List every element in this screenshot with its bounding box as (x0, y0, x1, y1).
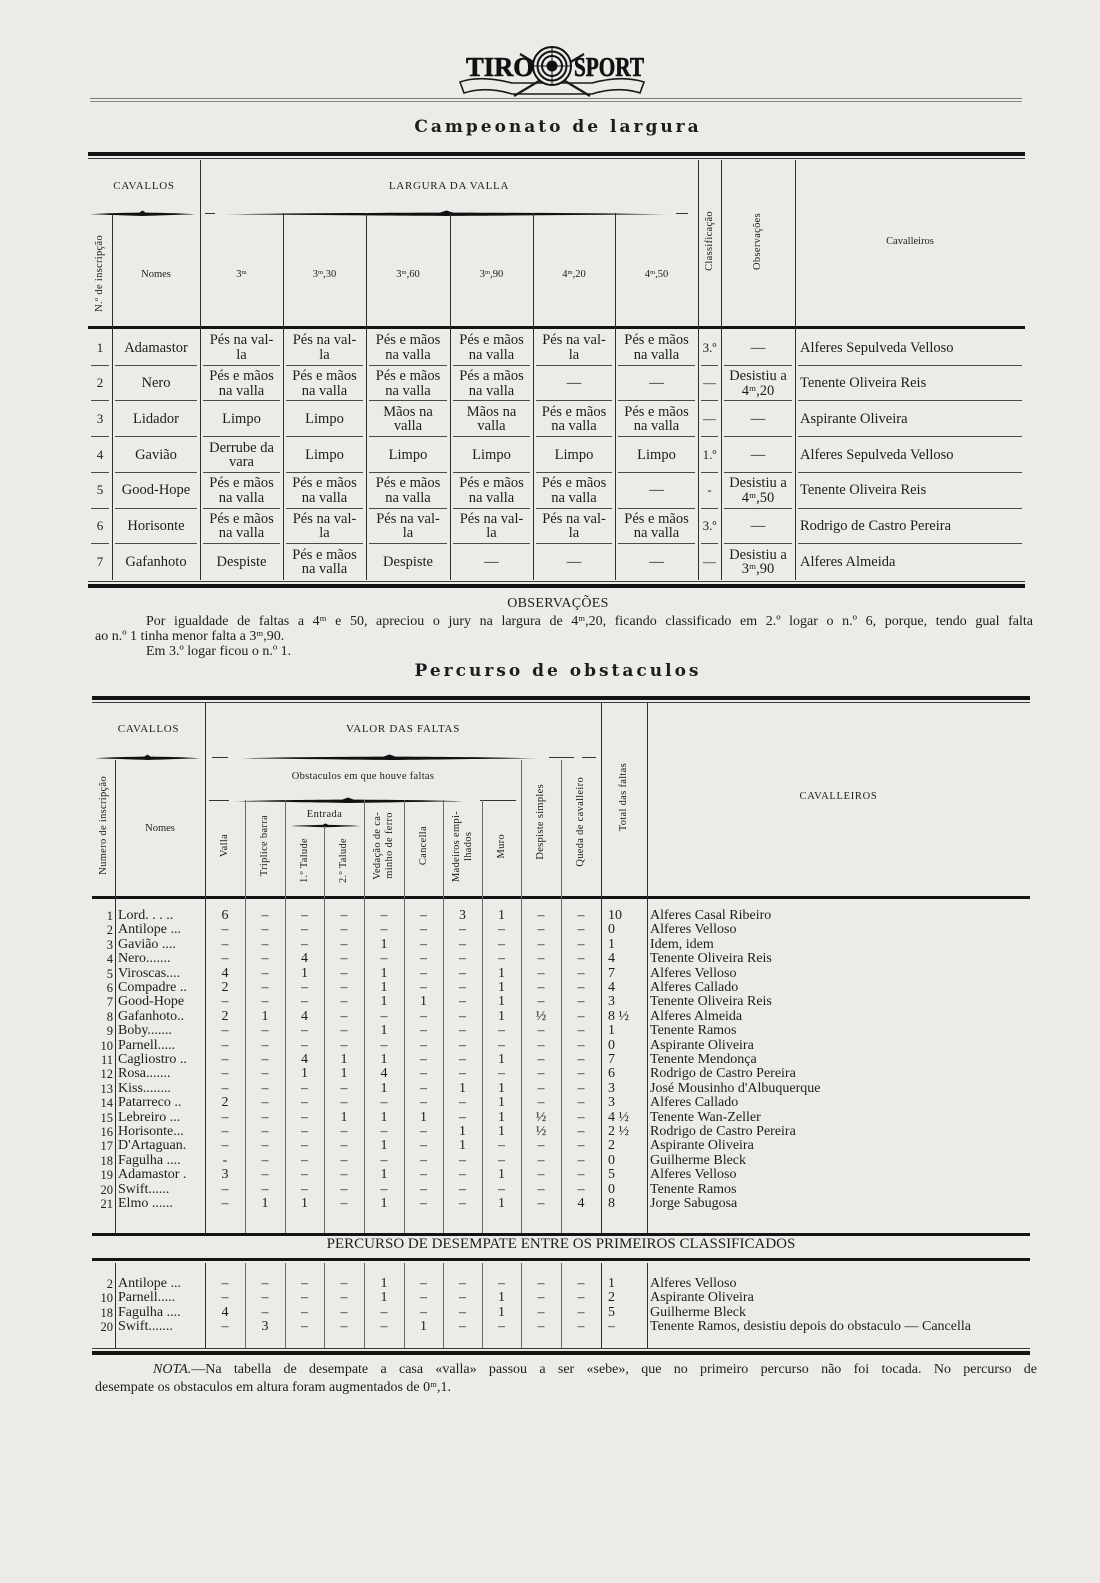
column-header-cavalleiros: CAVALLEIROS (647, 790, 1030, 804)
table-row: 21 Elmo ...... – 1 1 – 1 – – 1 – 4 8 Jor… (92, 1197, 1030, 1211)
cell-total: 4 (608, 981, 647, 995)
table-row: 6 Compadre .. 2 – – – 1 – – 1 – – 4 Alfe… (92, 981, 1030, 995)
cell-observacoes: Desistiu a 4ᵐ,50 (721, 473, 795, 509)
group-header-cavallos: CAVALLOS (88, 179, 200, 193)
cell-cancella: – (404, 909, 443, 923)
cell-valla: – (205, 1024, 245, 1038)
nota-line: desempate os obstaculos em altura foram … (95, 1380, 1033, 1395)
cell-muro: – (482, 1139, 521, 1153)
cell-vedacao: 4 (364, 1067, 404, 1081)
cell-muro: 1 (482, 967, 521, 981)
cell-observacoes: — (721, 330, 795, 366)
cell-triplice-barra: – (245, 1277, 285, 1291)
cell-3m30: Pés e mãos na valla (283, 366, 366, 402)
cell-vedacao: 1 (364, 967, 404, 981)
cell-numero: 1 (92, 909, 113, 923)
cell-madeiros: – (443, 1096, 482, 1110)
cell-3m90: Pés e mãos na valla (450, 330, 533, 366)
table-bottom-rule (88, 581, 1025, 582)
cell-4m20: — (533, 544, 615, 580)
cell-2-talude: 1 (324, 1067, 364, 1081)
cell-cancella: – (404, 1010, 443, 1024)
cell-nome: D'Artaguan. (118, 1139, 205, 1153)
observacoes-title: OBSERVAÇÕES (88, 596, 1028, 612)
cell-madeiros: – (443, 1197, 482, 1211)
cell-queda: – (561, 1320, 601, 1334)
cell-despiste: – (521, 1277, 561, 1291)
cell-total: 6 (608, 1067, 647, 1081)
largura-table-body: 1 Adamastor Pés na val- la Pés na val- l… (88, 330, 1025, 580)
header-rule (90, 98, 1022, 99)
cell-observacoes: — (721, 437, 795, 473)
cell-queda: – (561, 1067, 601, 1081)
column-header-queda: Queda de cavalleiro (561, 760, 601, 884)
table-row: 13 Kiss........ – – – – 1 – 1 1 – – 3 Jo… (92, 1082, 1030, 1096)
cell-1-talude: – (285, 1111, 324, 1125)
cell-triplice-barra: – (245, 1067, 285, 1081)
cell-cavalleiro: Tenente Wan-Zeller (650, 1111, 1030, 1125)
cell-valla: – (205, 1197, 245, 1211)
cell-vedacao: 1 (364, 1139, 404, 1153)
cell-vedacao: 1 (364, 1168, 404, 1182)
cell-numero: 18 (92, 1154, 113, 1168)
cell-4m20: Limpo (533, 437, 615, 473)
cell-madeiros: 1 (443, 1082, 482, 1096)
table-row: 2 Antilope ... – – – – – – – – – – 0 Alf… (92, 923, 1030, 937)
cell-muro: – (482, 1320, 521, 1334)
cell-2-talude: – (324, 967, 364, 981)
cell-despiste: – (521, 1096, 561, 1110)
cell-valla: 2 (205, 981, 245, 995)
cell-vedacao: 1 (364, 1024, 404, 1038)
cell-2-talude: – (324, 1024, 364, 1038)
cell-nome: Swift....... (118, 1320, 205, 1334)
logo-text-left: TIRO (466, 52, 534, 82)
cell-cancella: – (404, 1197, 443, 1211)
cell-total: 1 (608, 1024, 647, 1038)
cell-queda: 4 (561, 1197, 601, 1211)
cell-cancella: 1 (404, 1320, 443, 1334)
cell-numero: 13 (92, 1082, 113, 1096)
cell-triplice-barra: – (245, 1154, 285, 1168)
cell-valla: 2 (205, 1096, 245, 1110)
cell-4m20: Pés na val- la (533, 330, 615, 366)
table-top-rule (92, 702, 1030, 703)
cell-nome: Boby....... (118, 1024, 205, 1038)
cell-cancella: – (404, 1082, 443, 1096)
cell-numero: 20 (92, 1183, 113, 1197)
table-row: 18 Fagulha .... - – – – – – – – – – 0 Gu… (92, 1154, 1030, 1168)
cell-queda: – (561, 1024, 601, 1038)
cell-valla: 4 (205, 967, 245, 981)
cell-muro: – (482, 1024, 521, 1038)
cell-nome: Antilope ... (118, 1277, 205, 1291)
cell-queda: – (561, 923, 601, 937)
cell-despiste: – (521, 938, 561, 952)
brace-divider (225, 210, 668, 217)
cell-observacoes: — (721, 401, 795, 437)
table-row: 3 Gavião .... – – – – 1 – – – – – 1 Idem… (92, 938, 1030, 952)
cell-queda: – (561, 1111, 601, 1125)
cell-1-talude: – (285, 1096, 324, 1110)
cell-cancella: – (404, 1139, 443, 1153)
column-header-total: Total das faltas (601, 705, 647, 889)
cell-valla: – (205, 1291, 245, 1305)
cell-vedacao: 1 (364, 1277, 404, 1291)
cell-vedacao: – (364, 1154, 404, 1168)
cell-madeiros: – (443, 1010, 482, 1024)
tiro-e-sport-logo: TIRO SPORT (452, 38, 652, 100)
cell-numero: 4 (92, 952, 113, 966)
cell-total: 3 (608, 995, 647, 1009)
cell-cancella: – (404, 1168, 443, 1182)
cell-madeiros: – (443, 1067, 482, 1081)
cell-nome: Elmo ...... (118, 1197, 205, 1211)
cell-numero: 14 (92, 1096, 113, 1110)
cell-nome: Parnell..... (118, 1039, 205, 1053)
cell-nome: Good-Hope (112, 473, 200, 509)
cell-2-talude: – (324, 1168, 364, 1182)
cell-despiste: – (521, 1067, 561, 1081)
cell-madeiros: – (443, 995, 482, 1009)
cell-muro: 1 (482, 909, 521, 923)
cell-triplice-barra: – (245, 967, 285, 981)
column-header-vedacao: Vedação de ca- minho de ferro (364, 800, 404, 892)
cell-valla: – (205, 1277, 245, 1291)
cell-classificacao: 3.º (698, 509, 721, 545)
cell-cancella: – (404, 967, 443, 981)
cell-numero: 11 (92, 1053, 113, 1067)
cell-madeiros: – (443, 1039, 482, 1053)
cell-queda: – (561, 1039, 601, 1053)
cell-vedacao: 1 (364, 1053, 404, 1067)
cell-madeiros: – (443, 938, 482, 952)
observacoes-line: Em 3.º logar ficou o n.º 1. (95, 644, 1084, 659)
cell-vedacao: – (364, 1096, 404, 1110)
cell-queda: – (561, 1139, 601, 1153)
table-row: 7 Gafanhoto Despiste Pés e mãos na valla… (88, 544, 1025, 580)
cell-madeiros: 1 (443, 1139, 482, 1153)
cell-cavalleiro: Tenente Oliveira Reis (795, 366, 1025, 402)
cell-2-talude: – (324, 909, 364, 923)
observacoes-line: Por igualdade de faltas a 4ᵐ e 50, aprec… (95, 614, 1033, 629)
cell-nome: Rosa....... (118, 1067, 205, 1081)
column-header-numero: Numero de inscripção (92, 760, 115, 890)
cell-total: 0 (608, 1154, 647, 1168)
cell-queda: – (561, 1168, 601, 1182)
cell-total: 5 (608, 1306, 647, 1320)
cell-classificacao: 1.º (698, 437, 721, 473)
cell-1-talude: – (285, 1291, 324, 1305)
cell-vedacao: – (364, 1010, 404, 1024)
cell-3m: Pés na val- la (200, 330, 283, 366)
cell-valla: – (205, 1139, 245, 1153)
table-row: 4 Nero....... – – 4 – – – – – – – 4 Tene… (92, 952, 1030, 966)
cell-vedacao: – (364, 1125, 404, 1139)
cell-classificacao: 3.º (698, 330, 721, 366)
desempate-table: 2 Antilope ... – – – – 1 – – – – – 1 Alf… (92, 1255, 1030, 1357)
cell-nome: Compadre .. (118, 981, 205, 995)
cell-despiste: – (521, 981, 561, 995)
cell-numero: 17 (92, 1139, 113, 1153)
cell-queda: – (561, 1277, 601, 1291)
cell-nome: Lebreiro ... (118, 1111, 205, 1125)
table-row: 10 Parnell..... – – – – 1 – – 1 – – 2 As… (92, 1291, 1030, 1305)
cell-observacoes: Desistiu a 3ᵐ,90 (721, 544, 795, 580)
cell-cancella: – (404, 1154, 443, 1168)
cell-triplice-barra: – (245, 938, 285, 952)
cell-despiste: – (521, 995, 561, 1009)
cell-triplice-barra: – (245, 1096, 285, 1110)
brace-dash (549, 757, 574, 758)
cell-despiste: – (521, 967, 561, 981)
cell-despiste: – (521, 1024, 561, 1038)
column-header-3m60: 3ᵐ,60 (366, 268, 450, 281)
cell-cavalleiro: Aspirante Oliveira (650, 1139, 1030, 1153)
cell-3m90: Mãos na valla (450, 401, 533, 437)
cell-1-talude: – (285, 1082, 324, 1096)
cell-muro: – (482, 1067, 521, 1081)
cell-2-talude: – (324, 1096, 364, 1110)
cell-madeiros: – (443, 1277, 482, 1291)
nota-text: —Na tabella de desempate a casa «valla» … (191, 1362, 1037, 1377)
cell-vedacao: – (364, 923, 404, 937)
table-bottom-rule (92, 1351, 1030, 1355)
cell-classificacao: — (698, 366, 721, 402)
cell-2-talude: – (324, 1183, 364, 1197)
brace-dash (676, 213, 688, 214)
cell-3m: Pés e mãos na valla (200, 509, 283, 545)
cell-total: 0 (608, 923, 647, 937)
table-row: 19 Adamastor . 3 – – – 1 – – 1 – – 5 Alf… (92, 1168, 1030, 1182)
cell-valla: – (205, 1053, 245, 1067)
cell-numero: 2 (88, 366, 112, 402)
cell-nome: Horisonte (112, 509, 200, 545)
cell-queda: – (561, 981, 601, 995)
table-row: 20 Swift....... – 3 – – – 1 – – – – – Te… (92, 1320, 1030, 1334)
desempate-title: PERCURSO DE DESEMPATE ENTRE OS PRIMEIROS… (92, 1236, 1030, 1252)
table-row: 2 Antilope ... – – – – 1 – – – – – 1 Alf… (92, 1277, 1030, 1291)
cell-numero: 7 (92, 995, 113, 1009)
cell-cavalleiro: Alferes Sepulveda Velloso (795, 330, 1025, 366)
cell-despiste: – (521, 1197, 561, 1211)
cell-vedacao: 1 (364, 981, 404, 995)
table-row: 3 Lidador Limpo Limpo Mãos na valla Mãos… (88, 401, 1025, 437)
cell-2-talude: – (324, 1306, 364, 1320)
cell-cavalleiro: Rodrigo de Castro Pereira (650, 1125, 1030, 1139)
cell-numero: 5 (92, 967, 113, 981)
cell-cancella: – (404, 1053, 443, 1067)
cell-triplice-barra: – (245, 1168, 285, 1182)
cell-triplice-barra: – (245, 1082, 285, 1096)
largura-table: CAVALLOS LARGURA DA VALLA N.º de inscrip… (88, 150, 1025, 592)
cell-triplice-barra: – (245, 1139, 285, 1153)
cell-valla: – (205, 1183, 245, 1197)
cell-queda: – (561, 1096, 601, 1110)
cell-cavalleiro: Alferes Velloso (650, 923, 1030, 937)
table-row: 15 Lebreiro ... – – – 1 1 1 – 1 ½ – 4 ½ … (92, 1111, 1030, 1125)
cell-cavalleiro: Guilherme Bleck (650, 1306, 1030, 1320)
cell-cavalleiro: Alferes Velloso (650, 1168, 1030, 1182)
column-header-4m50: 4ᵐ,50 (615, 268, 698, 281)
cell-madeiros: – (443, 1306, 482, 1320)
section-title-percurso: Percurso de obstaculos (88, 661, 1028, 681)
cell-vedacao: 1 (364, 1111, 404, 1125)
cell-cavalleiro: Tenente Ramos, desistiu depois do obstac… (650, 1320, 1030, 1334)
table-row: 20 Swift...... – – – – – – – – – – 0 Ten… (92, 1183, 1030, 1197)
cell-cancella: – (404, 1067, 443, 1081)
cell-triplice-barra: – (245, 1125, 285, 1139)
table-row: 1 Lord. . . .. 6 – – – – – 3 1 – – 10 Al… (92, 909, 1030, 923)
cell-queda: – (561, 1053, 601, 1067)
cell-valla: 4 (205, 1306, 245, 1320)
cell-1-talude: – (285, 1139, 324, 1153)
cell-triplice-barra: – (245, 1183, 285, 1197)
column-header-valla: Valla (205, 800, 245, 892)
cell-classificacao: — (698, 401, 721, 437)
cell-muro: 1 (482, 1010, 521, 1024)
cell-3m60: Pés na val- la (366, 509, 450, 545)
group-header-largura: LARGURA DA VALLA (200, 179, 698, 193)
cell-cancella: – (404, 938, 443, 952)
cell-3m90: Pés e mãos na valla (450, 473, 533, 509)
cell-triplice-barra: – (245, 952, 285, 966)
cell-cavalleiro: Alferes Callado (650, 1096, 1030, 1110)
cell-valla: - (205, 1154, 245, 1168)
cell-3m60: Despiste (366, 544, 450, 580)
cell-madeiros: – (443, 1320, 482, 1334)
cell-despiste: ½ (521, 1010, 561, 1024)
cell-total: – (608, 1320, 647, 1334)
cell-nome: Fagulha .... (118, 1306, 205, 1320)
cell-cavalleiro: Jorge Sabugosa (650, 1197, 1030, 1211)
cell-3m60: Limpo (366, 437, 450, 473)
cell-1-talude: – (285, 923, 324, 937)
cell-cavalleiro: José Mousinho d'Albuquerque (650, 1082, 1030, 1096)
cell-cavalleiro: Idem, idem (650, 938, 1030, 952)
cell-3m: Pés e mãos na valla (200, 473, 283, 509)
cell-triplice-barra: – (245, 1306, 285, 1320)
brace-dash (212, 757, 228, 758)
cell-total: 2 (608, 1291, 647, 1305)
cell-queda: – (561, 995, 601, 1009)
cell-3m30: Pés na val- la (283, 509, 366, 545)
column-header-observacoes: Observações (721, 202, 795, 280)
cell-1-talude: – (285, 981, 324, 995)
table-row: 12 Rosa....... – – 1 1 4 – – – – – 6 Rod… (92, 1067, 1030, 1081)
cell-numero: 10 (92, 1291, 113, 1305)
cell-4m50: — (615, 473, 698, 509)
cell-total: 5 (608, 1168, 647, 1182)
cell-1-talude: – (285, 1125, 324, 1139)
group-header-cavallos: CAVALLOS (92, 722, 205, 736)
cell-queda: – (561, 1183, 601, 1197)
cell-2-talude: – (324, 1039, 364, 1053)
cell-vedacao: 1 (364, 938, 404, 952)
brace-divider (242, 754, 537, 761)
cell-total: 3 (608, 1096, 647, 1110)
cell-despiste: – (521, 1306, 561, 1320)
cell-madeiros: – (443, 1183, 482, 1197)
cell-muro: – (482, 1039, 521, 1053)
cell-madeiros: – (443, 1111, 482, 1125)
cell-numero: 2 (92, 923, 113, 937)
table-row: 10 Parnell..... – – – – – – – – – – 0 As… (92, 1039, 1030, 1053)
cell-2-talude: – (324, 1154, 364, 1168)
cell-cavalleiro: Tenente Oliveira Reis (650, 995, 1030, 1009)
cell-3m: Pés e mãos na valla (200, 366, 283, 402)
table-row: 4 Gavião Derrube da vara Limpo Limpo Lim… (88, 437, 1025, 473)
column-header-4m20: 4ᵐ,20 (533, 268, 615, 281)
cell-madeiros: 1 (443, 1125, 482, 1139)
table-row: 9 Boby....... – – – – 1 – – – – – 1 Tene… (92, 1024, 1030, 1038)
cell-muro: 1 (482, 995, 521, 1009)
group-header-obstaculos: Obstaculos em que houve faltas (205, 770, 521, 783)
cell-cavalleiro: Alferes Velloso (650, 1277, 1030, 1291)
cell-3m30: Pés e mãos na valla (283, 544, 366, 580)
cell-muro: 1 (482, 1096, 521, 1110)
cell-2-talude: – (324, 938, 364, 952)
cell-madeiros: – (443, 1154, 482, 1168)
cell-classificacao: - (698, 473, 721, 509)
cell-numero: 3 (92, 938, 113, 952)
cell-1-talude: – (285, 1320, 324, 1334)
cell-classificacao: — (698, 544, 721, 580)
cell-nome: Nero (112, 366, 200, 402)
table-row: 11 Cagliostro .. – – 4 1 1 – – 1 – – 7 T… (92, 1053, 1030, 1067)
column-header-despiste: Despiste simples (521, 760, 561, 884)
cell-1-talude: 1 (285, 1197, 324, 1211)
cell-cavalleiro: Tenente Oliveira Reis (795, 473, 1025, 509)
cell-cavalleiro: Aspirante Oliveira (650, 1039, 1030, 1053)
cell-4m50: — (615, 544, 698, 580)
cell-valla: – (205, 995, 245, 1009)
cell-despiste: – (521, 1039, 561, 1053)
table-row: 8 Gafanhoto.. 2 1 4 – – – – 1 ½ – 8 ½ Al… (92, 1010, 1030, 1024)
cell-observacoes: — (721, 509, 795, 545)
cell-2-talude: – (324, 1291, 364, 1305)
cell-total: 4 (608, 952, 647, 966)
cell-queda: – (561, 909, 601, 923)
cell-2-talude: – (324, 1139, 364, 1153)
cell-total: 8 (608, 1197, 647, 1211)
cell-madeiros: – (443, 1053, 482, 1067)
cell-cancella: – (404, 1277, 443, 1291)
cell-nome: Patarreco .. (118, 1096, 205, 1110)
cell-muro: – (482, 952, 521, 966)
cell-total: 8 ½ (608, 1010, 647, 1024)
cell-nome: Good-Hope (118, 995, 205, 1009)
cell-queda: – (561, 1306, 601, 1320)
cell-total: 7 (608, 1053, 647, 1067)
cell-numero: 21 (92, 1197, 113, 1211)
document-page: TIRO SPORT Campeonato de largura CAVALLO… (0, 0, 1100, 1583)
cell-triplice-barra: – (245, 995, 285, 1009)
cell-muro: – (482, 1154, 521, 1168)
cell-madeiros: – (443, 1291, 482, 1305)
cell-valla: – (205, 1067, 245, 1081)
cell-nome: Horisonte... (118, 1125, 205, 1139)
cell-total: 7 (608, 967, 647, 981)
cell-2-talude: – (324, 1197, 364, 1211)
cell-numero: 6 (88, 509, 112, 545)
cell-2-talude: – (324, 923, 364, 937)
group-header-valor-das-faltas: VALOR DAS FALTAS (205, 722, 601, 736)
cell-cavalleiro: Aspirante Oliveira (795, 401, 1025, 437)
cell-nome: Fagulha .... (118, 1154, 205, 1168)
cell-cancella: – (404, 952, 443, 966)
cell-3m90: Pés na val- la (450, 509, 533, 545)
